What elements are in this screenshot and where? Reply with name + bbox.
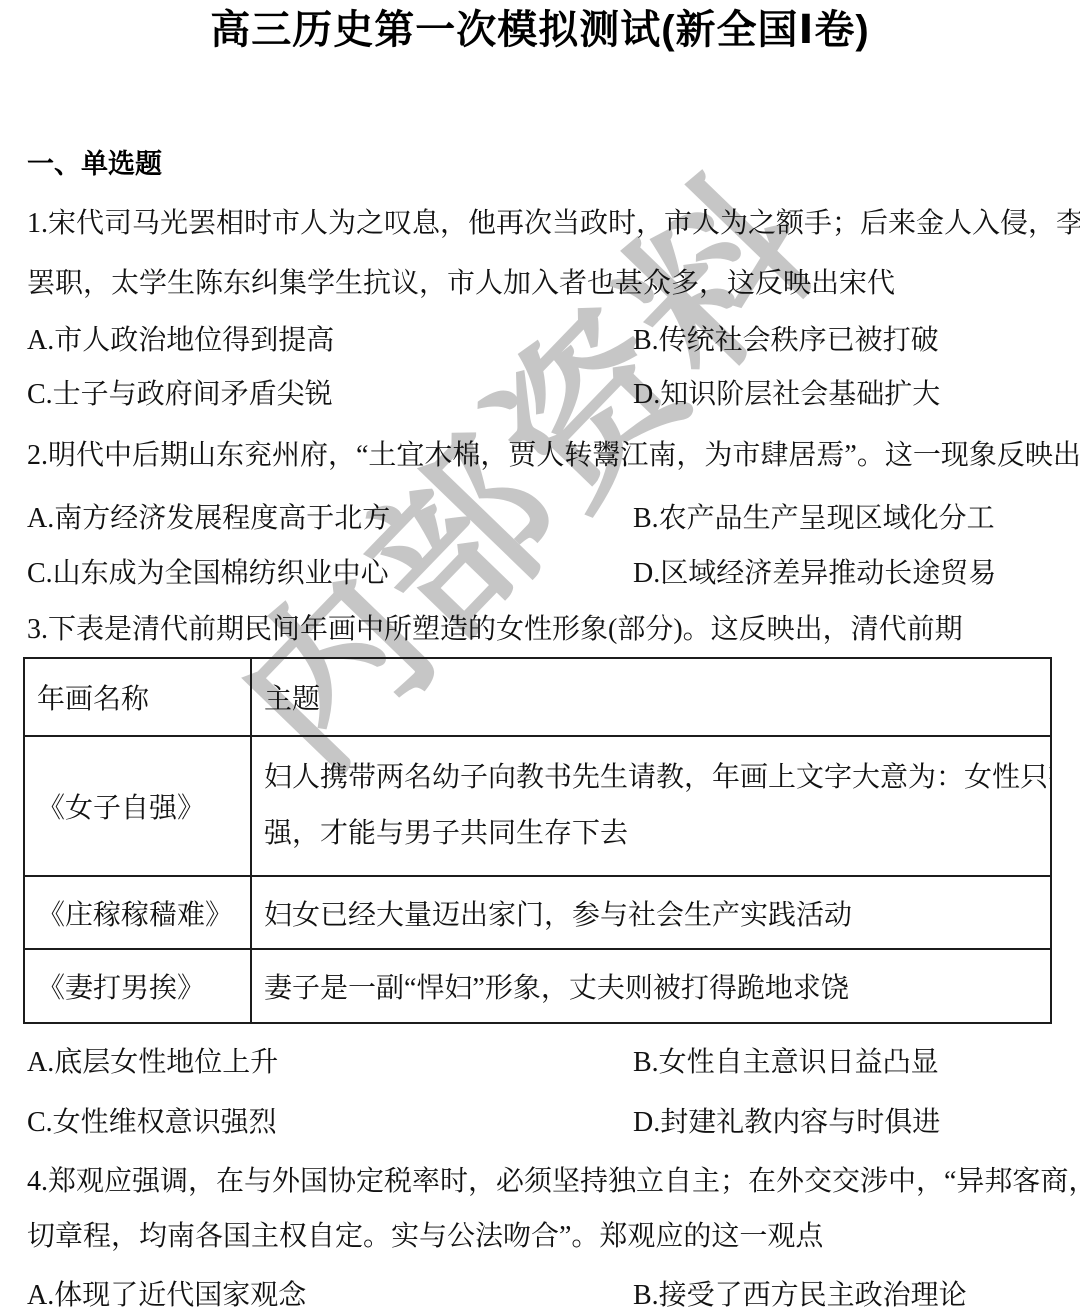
q4-stem-line-1: 4.郑观应强调，在与外国协定税率时，必须坚持独立自主；在外交交涉中，“异邦客商，… bbox=[27, 1167, 1080, 1197]
q1-stem-line-1: 1.宋代司马光罢相时市人为之叹息，他再次当政时，市人为之额手；后来金人入侵，李纲… bbox=[27, 209, 1080, 239]
q3-option-a: A.底层女性地位上升 bbox=[27, 1047, 278, 1078]
q3-row2-theme: 妇女已经大量迈出家门，参与社会生产实践活动 bbox=[251, 876, 1051, 949]
q3-option-b: B.女性自主意识日益凸显 bbox=[633, 1048, 939, 1078]
q1-option-a: A.市人政治地位得到提高 bbox=[27, 325, 334, 356]
q1-options-row-ab: A.市人政治地位得到提高 B.传统社会秩序已被打破 bbox=[27, 326, 1080, 356]
q1-stem-line-2: 罢职，太学生陈东纠集学生抗议，市人加入者也甚众多，这反映出宋代 bbox=[27, 269, 1080, 299]
q2-options-row-ab: A.南方经济发展程度高于北方 B.农产品生产呈现区域化分工 bbox=[27, 504, 1080, 534]
q2-stem-line-1: 2.明代中后期山东兖州府，“土宜木棉，贾人转鬻江南，为市肆居焉”。这一现象反映出… bbox=[27, 441, 1080, 471]
exam-content: 高三历史第一次模拟测试(新全国Ⅰ卷) 一、单选题 1.宋代司马光罢相时市人为之叹… bbox=[0, 0, 1080, 1312]
q3-table-header-row: 年画名称 主题 bbox=[24, 658, 1051, 736]
q2-option-d: D.区域经济差异推动长途贸易 bbox=[633, 559, 996, 589]
q3-options-row-ab: A.底层女性地位上升 B.女性自主意识日益凸显 bbox=[27, 1048, 1080, 1078]
q2-options-row-cd: C.山东成为全国棉纺织业中心 D.区域经济差异推动长途贸易 bbox=[27, 559, 1080, 589]
q4-stem-line-2: 切章程，均南各国主权自定。实与公法吻合”。郑观应的这一观点 bbox=[27, 1222, 1080, 1252]
q3-table: 年画名称 主题 《女子自强》 妇人携带两名幼子向教书先生请教，年画上文字大意为：… bbox=[23, 657, 1052, 1024]
page-title: 高三历史第一次模拟测试(新全国Ⅰ卷) bbox=[0, 4, 1080, 56]
section-heading: 一、单选题 bbox=[27, 148, 162, 180]
q3-table-header-name: 年画名称 bbox=[24, 658, 251, 736]
q1-option-c: C.士子与政府间矛盾尖锐 bbox=[27, 379, 333, 410]
q3-options-row-cd: C.女性维权意识强烈 D.封建礼教内容与时俱进 bbox=[27, 1108, 1080, 1138]
q3-table-header-theme: 主题 bbox=[251, 658, 1051, 736]
q2-option-a: A.南方经济发展程度高于北方 bbox=[27, 503, 390, 534]
table-row: 《庄稼稼穑难》 妇女已经大量迈出家门，参与社会生产实践活动 bbox=[24, 876, 1051, 949]
q3-row1-theme-line-1: 妇人携带两名幼子向教书先生请教，年画上文字大意为：女性只有自 bbox=[264, 750, 1042, 806]
exam-page: 内部资料 高三历史第一次模拟测试(新全国Ⅰ卷) 一、单选题 1.宋代司马光罢相时… bbox=[0, 0, 1080, 1312]
q3-row1-name: 《女子自强》 bbox=[24, 736, 251, 876]
q2-option-c: C.山东成为全国棉纺织业中心 bbox=[27, 558, 389, 589]
q2-option-b: B.农产品生产呈现区域化分工 bbox=[633, 504, 995, 534]
q4-option-b: B.接受了西方民主政治理论 bbox=[633, 1281, 967, 1311]
q1-option-d: D.知识阶层社会基础扩大 bbox=[633, 380, 940, 410]
table-row: 《女子自强》 妇人携带两名幼子向教书先生请教，年画上文字大意为：女性只有自 强，… bbox=[24, 736, 1051, 876]
q3-stem-line-1: 3.下表是清代前期民间年画中所塑造的女性形象(部分)。这反映出，清代前期 bbox=[27, 615, 1080, 645]
q3-row1-theme-line-2: 强，才能与男子共同生存下去 bbox=[264, 806, 1042, 862]
q3-option-d: D.封建礼教内容与时俱进 bbox=[633, 1108, 940, 1138]
q3-row3-name: 《妻打男挨》 bbox=[24, 949, 251, 1023]
q1-options-row-cd: C.士子与政府间矛盾尖锐 D.知识阶层社会基础扩大 bbox=[27, 380, 1080, 410]
q3-row1-theme: 妇人携带两名幼子向教书先生请教，年画上文字大意为：女性只有自 强，才能与男子共同… bbox=[251, 736, 1051, 876]
q1-option-b: B.传统社会秩序已被打破 bbox=[633, 326, 939, 356]
table-row: 《妻打男挨》 妻子是一副“悍妇”形象，丈夫则被打得跪地求饶 bbox=[24, 949, 1051, 1023]
q3-row2-name: 《庄稼稼穑难》 bbox=[24, 876, 251, 949]
q3-row3-theme: 妻子是一副“悍妇”形象，丈夫则被打得跪地求饶 bbox=[251, 949, 1051, 1023]
q4-options-row-ab: A.体现了近代国家观念 B.接受了西方民主政治理论 bbox=[27, 1281, 1080, 1311]
q4-option-a: A.体现了近代国家观念 bbox=[27, 1280, 306, 1311]
q3-option-c: C.女性维权意识强烈 bbox=[27, 1107, 277, 1138]
